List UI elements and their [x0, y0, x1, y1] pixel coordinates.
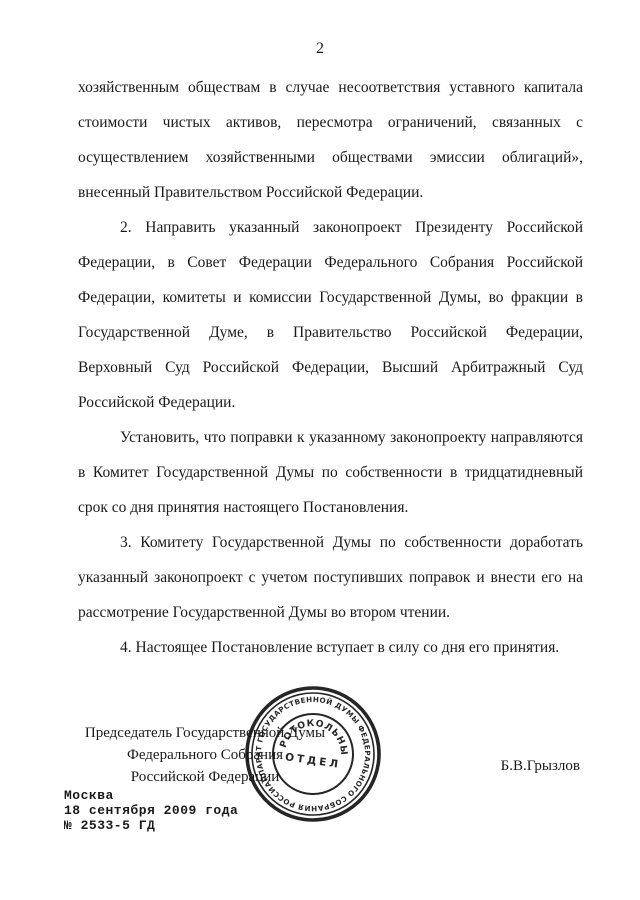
paragraph: 3. Комитету Государственной Думы по собс…: [78, 525, 583, 630]
issuance-block: Москва 18 сентября 2009 года № 2533-5 ГД: [64, 788, 238, 833]
stamp-center-text: ОТДЕЛ: [284, 751, 341, 771]
page-number: 2: [0, 40, 640, 58]
paragraph: Установить, что поправки к указанному за…: [78, 420, 583, 525]
stamp-outer-ring: [243, 684, 383, 824]
round-stamp-icon: АППАРАТ ГОСУДАРСТВЕННОЙ ДУМЫ ФЕДЕРАЛЬНОГ…: [243, 684, 383, 824]
issuance-city: Москва: [64, 788, 238, 803]
issuance-date: 18 сентября 2009 года: [64, 803, 238, 818]
signatory-name: Б.В.Грызлов: [501, 758, 580, 775]
issuance-number: № 2533-5 ГД: [64, 818, 238, 833]
paragraph: хозяйственным обществам в случае несоотв…: [78, 70, 583, 210]
document-body: хозяйственным обществам в случае несоотв…: [78, 70, 583, 665]
paragraph: 2. Направить указанный законопроект През…: [78, 210, 583, 420]
paragraph: 4. Настоящее Постановление вступает в си…: [78, 630, 583, 665]
document-page: 2 хозяйственным обществам в случае несоо…: [0, 0, 640, 900]
stamp-middle-ring: [244, 685, 382, 823]
stamp-ink-group: АППАРАТ ГОСУДАРСТВЕННОЙ ДУМЫ ФЕДЕРАЛЬНОГ…: [243, 684, 383, 824]
